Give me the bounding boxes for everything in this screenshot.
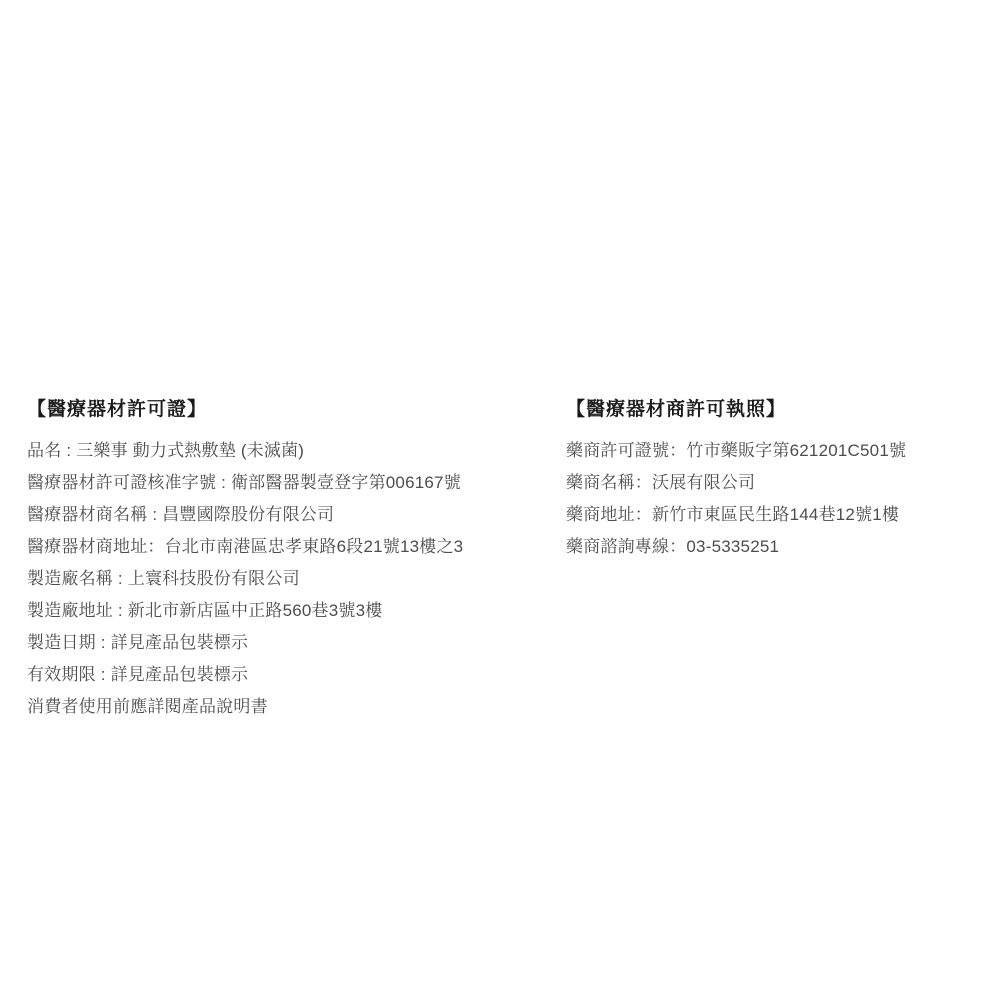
license-line-dealer-name: 醫療器材商名稱 : 昌豐國際股份有限公司 (27, 499, 552, 531)
dealer-permit-lines: 藥商許可證號：竹市藥販字第621201C501號 藥商名稱：沃展有限公司 藥商地… (566, 435, 996, 563)
dealer-permit-heading: 【醫療器材商許可執照】 (566, 396, 996, 424)
dealer-line-permit-number: 藥商許可證號：竹市藥販字第621201C501號 (566, 435, 996, 467)
license-line-factory-name: 製造廠名稱 : 上寰科技股份有限公司 (27, 563, 552, 595)
dealer-line-hotline: 藥商諮詢專線：03-5335251 (566, 531, 996, 563)
medical-device-license-section: 【醫療器材許可證】 品名 : 三樂事 動力式熱敷墊 (未滅菌) 醫療器材許可證核… (27, 396, 552, 723)
dealer-line-name: 藥商名稱：沃展有限公司 (566, 467, 996, 499)
license-line-consumer-notice: 消費者使用前應詳閱產品說明書 (27, 691, 552, 723)
license-line-product-name: 品名 : 三樂事 動力式熱敷墊 (未滅菌) (27, 435, 552, 467)
license-line-expiry-date: 有效期限 : 詳見產品包裝標示 (27, 659, 552, 691)
medical-device-license-heading: 【醫療器材許可證】 (27, 396, 552, 424)
medical-device-license-lines: 品名 : 三樂事 動力式熱敷墊 (未滅菌) 醫療器材許可證核准字號 : 衛部醫器… (27, 435, 552, 723)
license-line-dealer-address: 醫療器材商地址：台北市南港區忠孝東路6段21號13樓之3 (27, 531, 552, 563)
dealer-permit-section: 【醫療器材商許可執照】 藥商許可證號：竹市藥販字第621201C501號 藥商名… (566, 396, 996, 563)
license-line-manufacture-date: 製造日期 : 詳見產品包裝標示 (27, 627, 552, 659)
license-line-approval-number: 醫療器材許可證核准字號 : 衛部醫器製壹登字第006167號 (27, 467, 552, 499)
license-line-factory-address: 製造廠地址 : 新北市新店區中正路560巷3號3樓 (27, 595, 552, 627)
page: { "page": { "background_color": "#ffffff… (0, 0, 1000, 1000)
dealer-line-address: 藥商地址：新竹市東區民生路144巷12號1樓 (566, 499, 996, 531)
